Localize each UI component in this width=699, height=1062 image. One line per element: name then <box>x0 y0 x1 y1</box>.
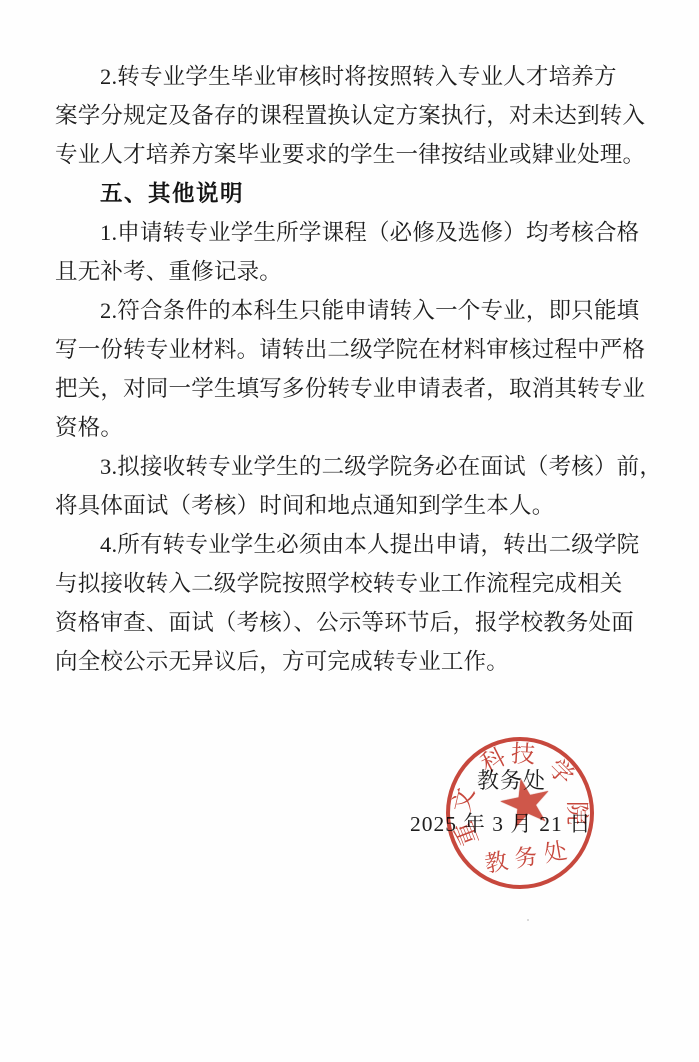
official-seal: 重 文 科 技 学 院 ★ 教务处 <box>446 737 594 889</box>
document-line: 向全校公示无异议后，方可完成转专业工作。 <box>55 642 655 681</box>
document-line: 把关，对同一学生填写多份转专业申请表者，取消其转专业 <box>55 369 655 408</box>
document-line: 与拟接收转入二级学院按照学校转专业工作流程完成相关 <box>55 564 655 603</box>
document-line: 4.所有转专业学生必须由本人提出申请，转出二级学院 <box>55 525 655 564</box>
document-body: 2.转专业学生毕业审核时将按照转入专业人才培养方 案学分规定及备存的课程置换认定… <box>55 57 655 681</box>
document-line: 资格。 <box>55 408 655 447</box>
document-line: 2.转专业学生毕业审核时将按照转入专业人才培养方 <box>55 57 655 96</box>
section-heading: 五、其他说明 <box>55 174 655 213</box>
document-line: 案学分规定及备存的课程置换认定方案执行，对未达到转入 <box>55 96 655 135</box>
document-line: 2.符合条件的本科生只能申请转入一个专业，即只能填 <box>55 291 655 330</box>
document-line: 写一份转专业材料。请转出二级学院在材料审核过程中严格 <box>55 330 655 369</box>
document-page: 2.转专业学生毕业审核时将按照转入专业人才培养方 案学分规定及备存的课程置换认定… <box>0 0 699 1062</box>
scan-speck <box>527 919 529 921</box>
document-line: 资格审查、面试（考核）、公示等环节后，报学校教务处面 <box>55 603 655 642</box>
document-line: 且无补考、重修记录。 <box>55 252 655 291</box>
document-line: 1.申请转专业学生所学课程（必修及选修）均考核合格 <box>55 213 655 252</box>
document-line: 3.拟接收转专业学生的二级学院务必在面试（考核）前， <box>55 447 655 486</box>
document-line: 专业人才培养方案毕业要求的学生一律按结业或肄业处理。 <box>55 135 655 174</box>
document-line: 将具体面试（考核）时间和地点通知到学生本人。 <box>55 486 655 525</box>
seal-arc-char: 院 <box>563 800 589 826</box>
